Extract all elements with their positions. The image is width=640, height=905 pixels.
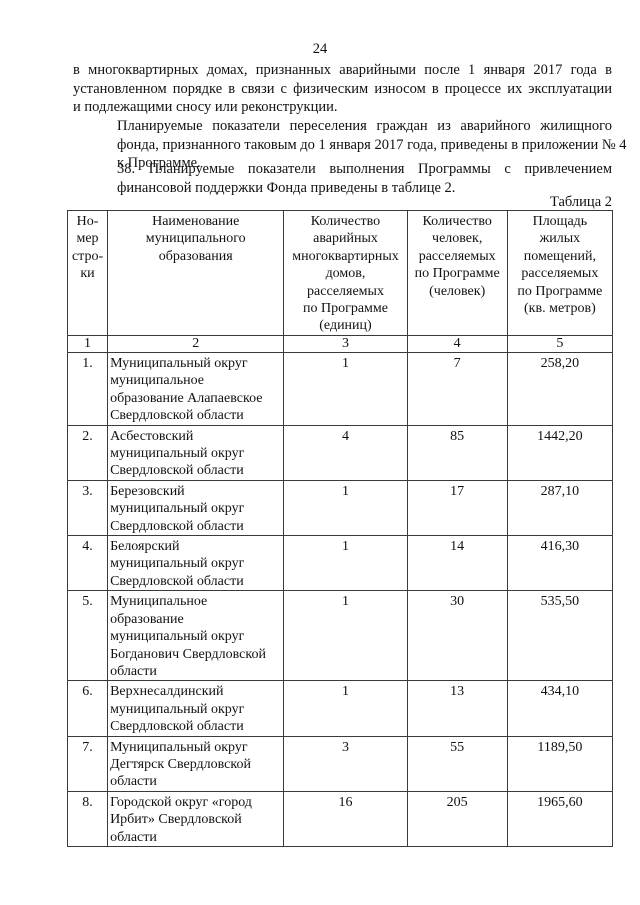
table-caption: Таблица 2 <box>550 193 612 211</box>
cell-text-line: Но- <box>77 214 99 229</box>
header-houses-count: Количествоаварийныхмногоквартирныхдомов,… <box>284 211 407 336</box>
header-municipality: Наименованиемуниципальногообразования <box>108 211 284 336</box>
row-number-cell: 3. <box>68 480 108 535</box>
people-count-cell: 55 <box>407 736 507 791</box>
cell-text-line: домов, <box>326 266 366 281</box>
houses-count-cell: 4 <box>284 425 407 480</box>
cell-text-line: Свердловской области <box>110 463 244 478</box>
living-area-cell: 258,20 <box>507 353 612 426</box>
people-count-cell: 30 <box>407 591 507 681</box>
row-number-cell: 7. <box>68 736 108 791</box>
table-row: 3.Березовскиймуниципальный округСвердлов… <box>68 480 613 535</box>
cell-text-line: области <box>110 830 157 845</box>
column-index-cell: 5 <box>507 336 612 353</box>
header-row-number: Но-мерстро-ки <box>68 211 108 336</box>
cell-text-line: человек, <box>432 231 482 246</box>
houses-count-cell: 1 <box>284 480 407 535</box>
cell-text-line: мер <box>76 231 98 246</box>
paragraph-line: Планируемые показатели переселения гражд… <box>73 117 612 136</box>
cell-text-line: образования <box>159 249 233 264</box>
row-number-cell: 6. <box>68 681 108 736</box>
cell-text-line: Городской округ «город <box>110 795 252 810</box>
municipality-name-cell: Белоярскиймуниципальный округСвердловско… <box>108 536 284 591</box>
cell-text-line: Асбестовский <box>110 429 193 444</box>
table-row: 1.Муниципальный округмуниципальноеобразо… <box>68 353 613 426</box>
cell-text-line: по Программе <box>415 266 500 281</box>
paragraph-line: в многоквартирных домах, признанных авар… <box>73 61 612 80</box>
cell-text-line: (кв. метров) <box>524 301 596 316</box>
row-number-cell: 1. <box>68 353 108 426</box>
people-count-cell: 85 <box>407 425 507 480</box>
municipality-name-cell: Городской округ «городИрбит» Свердловско… <box>108 791 284 846</box>
cell-text-line: муниципальный округ <box>110 629 244 644</box>
cell-text-line: муниципального <box>146 231 246 246</box>
cell-text-line: расселяемых <box>419 249 496 264</box>
column-index-cell: 3 <box>284 336 407 353</box>
cell-text-line: жилых <box>540 231 581 246</box>
living-area-cell: 535,50 <box>507 591 612 681</box>
houses-count-cell: 1 <box>284 536 407 591</box>
row-number-cell: 8. <box>68 791 108 846</box>
living-area-cell: 1442,20 <box>507 425 612 480</box>
people-count-cell: 17 <box>407 480 507 535</box>
cell-text-line: Муниципальное <box>110 594 207 609</box>
table-row: 7.Муниципальный округДегтярск Свердловск… <box>68 736 613 791</box>
cell-text-line: муниципальный округ <box>110 446 244 461</box>
cell-text-line: Свердловской области <box>110 519 244 534</box>
table-row: 5.Муниципальноеобразованиемуниципальный … <box>68 591 613 681</box>
cell-text-line: Свердловской области <box>110 719 244 734</box>
municipality-name-cell: Асбестовскиймуниципальный округСвердловс… <box>108 425 284 480</box>
table-row: 2.Асбестовскиймуниципальный округСвердло… <box>68 425 613 480</box>
municipality-name-cell: Березовскиймуниципальный округСвердловск… <box>108 480 284 535</box>
cell-text-line: Количество <box>311 214 380 229</box>
column-index-cell: 4 <box>407 336 507 353</box>
cell-text-line: муниципальный округ <box>110 702 244 717</box>
cell-text-line: Свердловской области <box>110 574 244 589</box>
paragraph-line: 38. Планируемые показатели выполнения Пр… <box>73 160 612 179</box>
cell-text-line: муниципальный округ <box>110 556 244 571</box>
paragraph-intro: в многоквартирных домах, признанных авар… <box>73 61 612 117</box>
living-area-cell: 434,10 <box>507 681 612 736</box>
living-area-cell: 1965,60 <box>507 791 612 846</box>
living-area-cell: 1189,50 <box>507 736 612 791</box>
cell-text-line: по Программе <box>517 284 602 299</box>
cell-text-line: Белоярский <box>110 539 179 554</box>
cell-text-line: Муниципальный округ <box>110 740 248 755</box>
row-number-cell: 5. <box>68 591 108 681</box>
cell-text-line: Свердловской области <box>110 408 244 423</box>
table-row: 8.Городской округ «городИрбит» Свердловс… <box>68 791 613 846</box>
header-people-count: Количествочеловек,расселяемыхпо Программ… <box>407 211 507 336</box>
houses-count-cell: 1 <box>284 681 407 736</box>
houses-count-cell: 1 <box>284 353 407 426</box>
municipality-name-cell: Муниципальный округДегтярск Свердловской… <box>108 736 284 791</box>
cell-text-line: по Программе <box>303 301 388 316</box>
resettlement-table: Но-мерстро-киНаименованиемуниципальногоо… <box>67 210 613 847</box>
cell-text-line: образование <box>110 612 184 627</box>
cell-text-line: Муниципальный округ <box>110 356 248 371</box>
paragraph-line: и подлежащими сносу или реконструкции. <box>73 98 612 117</box>
cell-text-line: расселяемых <box>521 266 598 281</box>
municipality-name-cell: Муниципальноеобразованиемуниципальный ок… <box>108 591 284 681</box>
table-column-index-row: 12345 <box>68 336 613 353</box>
cell-text-line: (единиц) <box>319 318 371 333</box>
cell-text-line: стро- <box>72 249 103 264</box>
people-count-cell: 13 <box>407 681 507 736</box>
houses-count-cell: 3 <box>284 736 407 791</box>
houses-count-cell: 16 <box>284 791 407 846</box>
column-index-cell: 2 <box>108 336 284 353</box>
cell-text-line: Дегтярск Свердловской <box>110 757 251 772</box>
cell-text-line: ки <box>80 266 94 281</box>
municipality-name-cell: Муниципальный округмуниципальноеобразова… <box>108 353 284 426</box>
cell-text-line: (человек) <box>429 284 485 299</box>
cell-text-line: аварийных <box>313 231 378 246</box>
cell-text-line: Верхнесалдинский <box>110 684 223 699</box>
row-number-cell: 4. <box>68 536 108 591</box>
paragraph-line: фонда, признанного таковым до 1 января 2… <box>73 136 612 155</box>
cell-text-line: многоквартирных <box>292 249 399 264</box>
cell-text-line: Березовский <box>110 484 185 499</box>
cell-text-line: области <box>110 774 157 789</box>
header-living-area: Площадьжилыхпомещений,расселяемыхпо Прог… <box>507 211 612 336</box>
page-number: 24 <box>0 40 640 58</box>
paragraph-line: установленном порядке в связи с физическ… <box>73 80 612 99</box>
houses-count-cell: 1 <box>284 591 407 681</box>
cell-text-line: Площадь <box>533 214 588 229</box>
cell-text-line: муниципальный округ <box>110 501 244 516</box>
cell-text-line: Ирбит» Свердловской <box>110 812 242 827</box>
cell-text-line: области <box>110 664 157 679</box>
cell-text-line: образование Алапаевское <box>110 391 262 406</box>
cell-text-line: помещений, <box>524 249 596 264</box>
cell-text-line: муниципальное <box>110 373 204 388</box>
table-header-row: Но-мерстро-киНаименованиемуниципальногоо… <box>68 211 613 336</box>
people-count-cell: 14 <box>407 536 507 591</box>
column-index-cell: 1 <box>68 336 108 353</box>
table-row: 6.Верхнесалдинскиймуниципальный округСве… <box>68 681 613 736</box>
cell-text-line: Количество <box>422 214 491 229</box>
people-count-cell: 7 <box>407 353 507 426</box>
cell-text-line: расселяемых <box>307 284 384 299</box>
cell-text-line: Наименование <box>152 214 239 229</box>
living-area-cell: 287,10 <box>507 480 612 535</box>
cell-text-line: Богданович Свердловской <box>110 647 266 662</box>
municipality-name-cell: Верхнесалдинскиймуниципальный округСверд… <box>108 681 284 736</box>
paragraph-line: финансовой поддержки Фонда приведены в т… <box>73 179 612 198</box>
people-count-cell: 205 <box>407 791 507 846</box>
row-number-cell: 2. <box>68 425 108 480</box>
living-area-cell: 416,30 <box>507 536 612 591</box>
paragraph-item-38: 38. Планируемые показатели выполнения Пр… <box>73 160 612 197</box>
table-row: 4.Белоярскиймуниципальный округСвердловс… <box>68 536 613 591</box>
